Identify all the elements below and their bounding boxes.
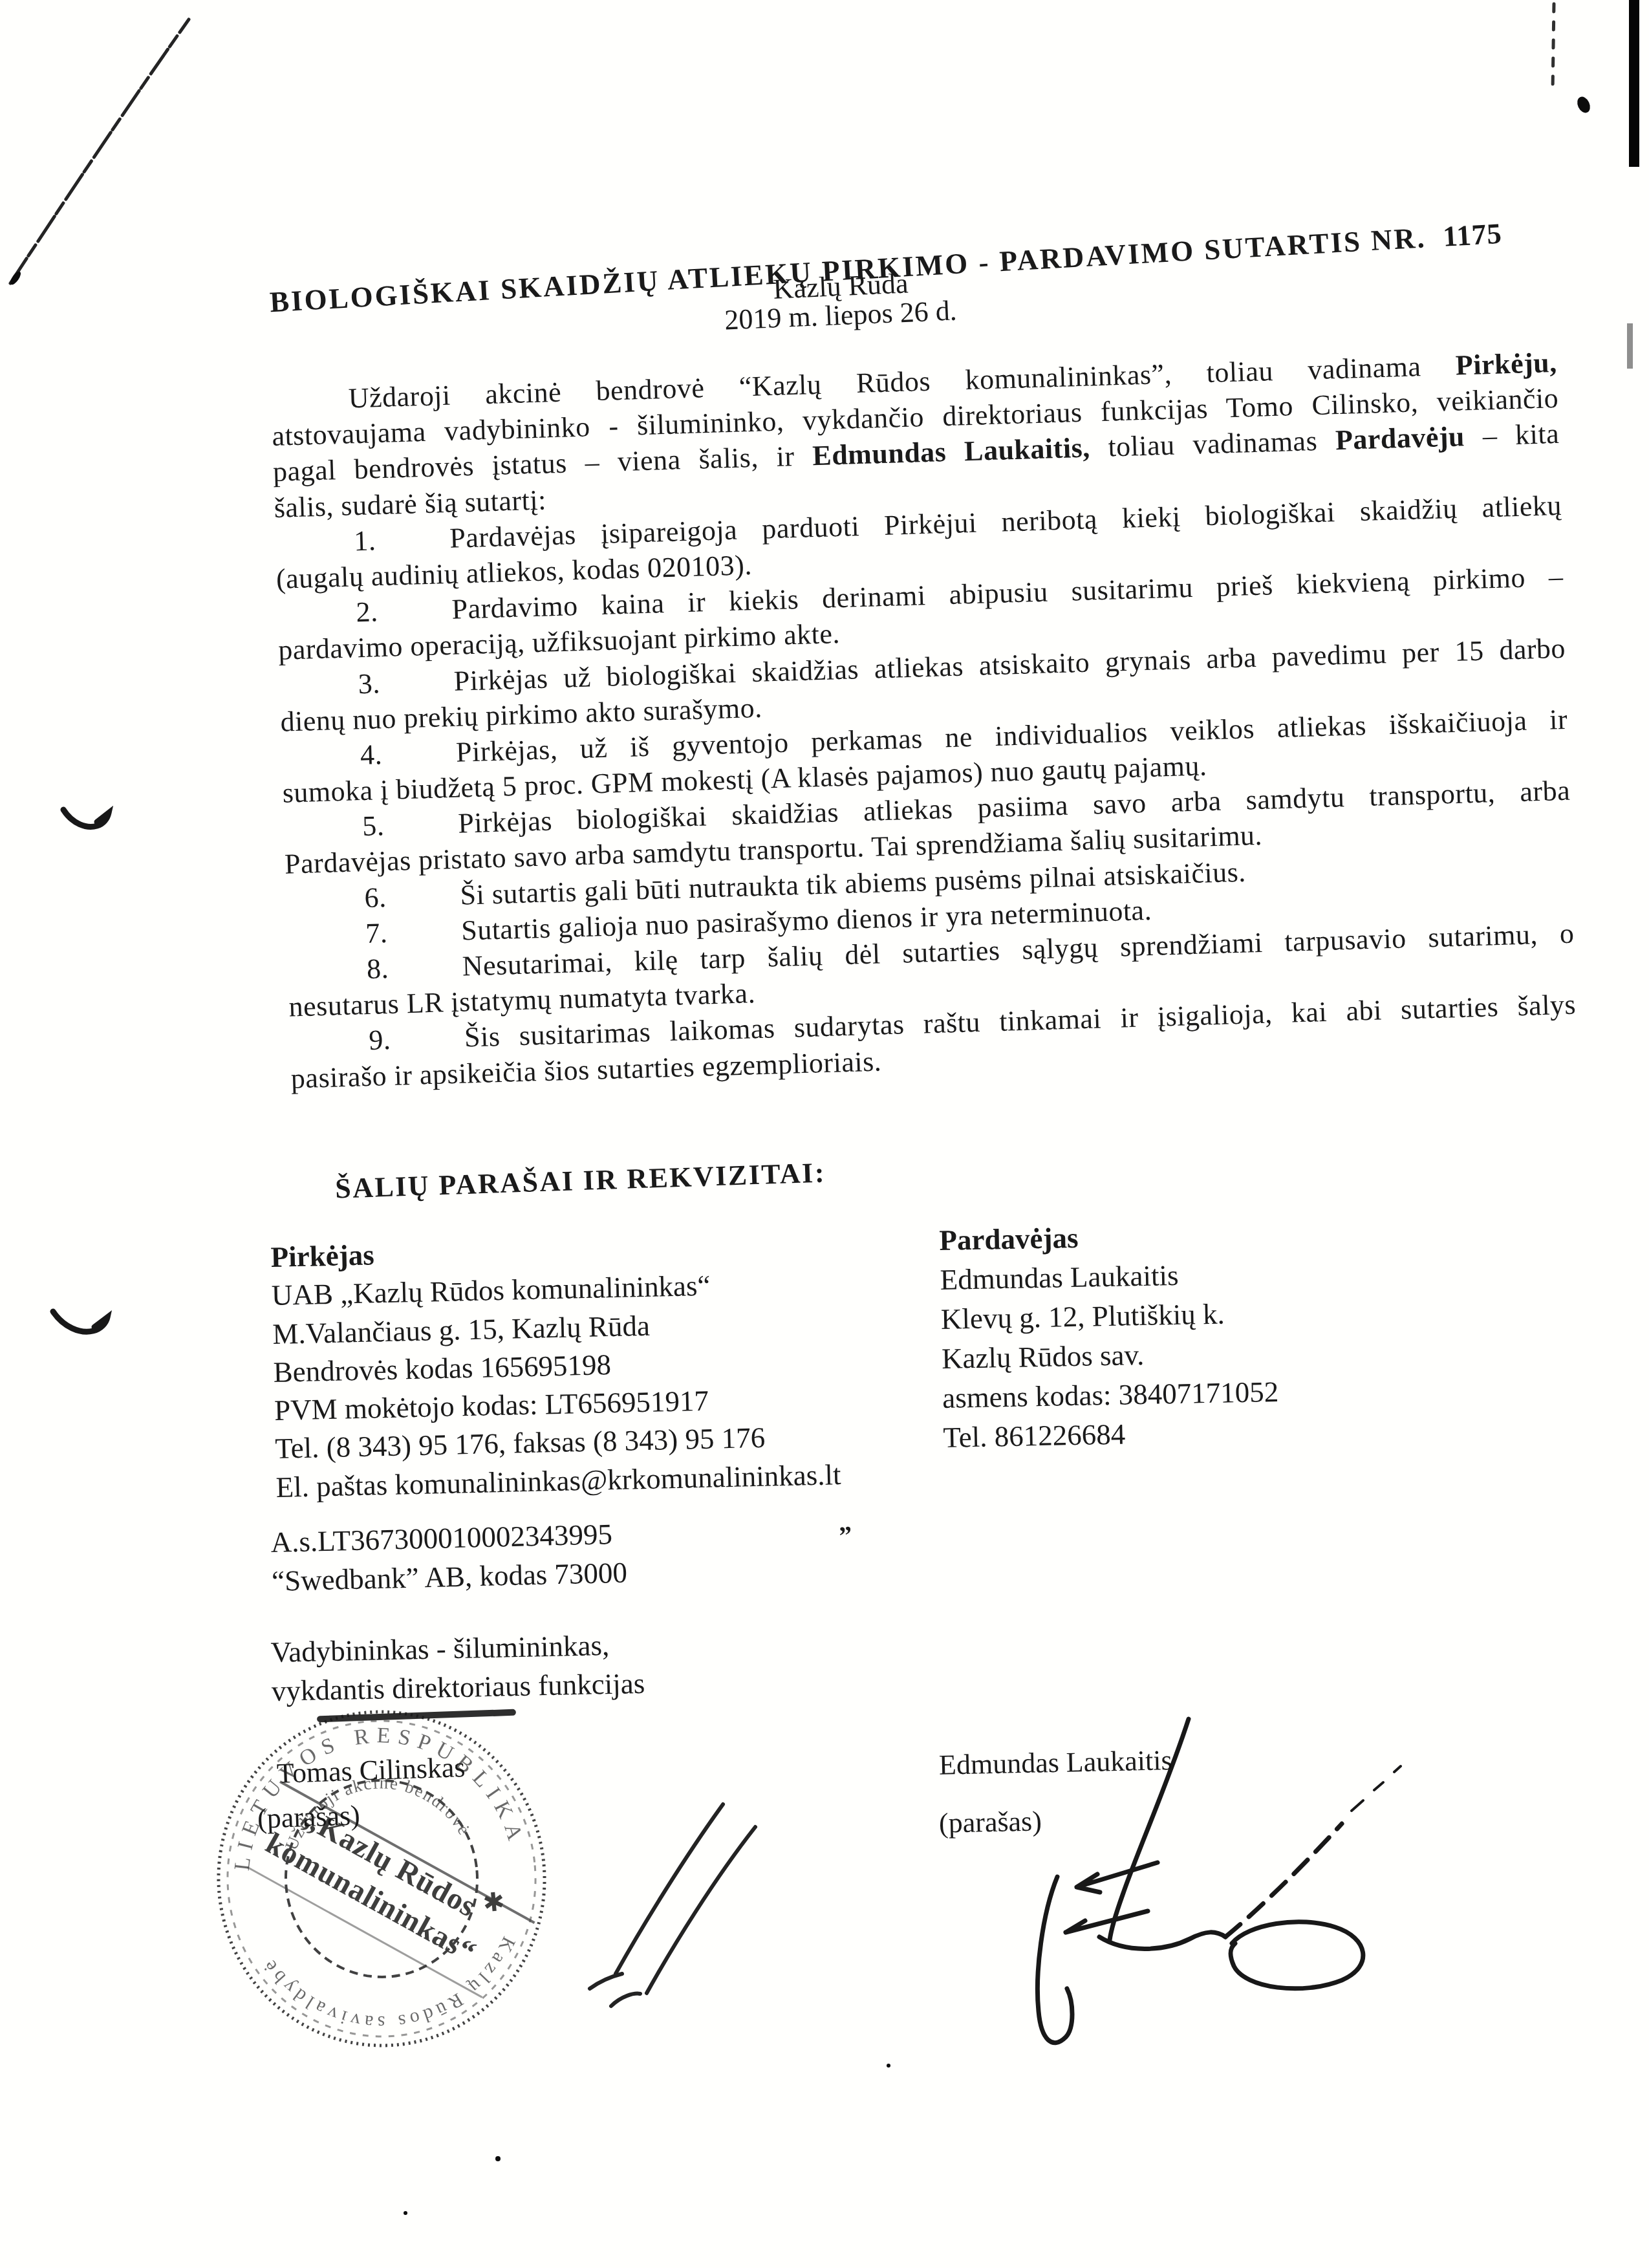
ink-blob xyxy=(1575,94,1592,114)
seller-term-bold: Pardavėju xyxy=(1335,421,1465,457)
clause-number: 1. xyxy=(353,521,450,559)
scan-edge-bar xyxy=(1629,0,1639,167)
scan-speck xyxy=(495,2156,501,2161)
clause-number: 9. xyxy=(368,1020,465,1059)
buyer-term-bold: Pirkėju, xyxy=(1455,347,1557,382)
clause-number: 8. xyxy=(366,949,463,988)
bank-details: A.s.LT367300010002343995 “Swedbank” AB, … xyxy=(270,1515,628,1601)
stamp-middle-ring xyxy=(215,1708,549,2049)
clause-number: 3. xyxy=(358,663,455,702)
stamp-ring-bottom-text: Kazlų Rūdos savivaldybė xyxy=(256,1932,526,2044)
seller-signatory-name: Edmundas Laukaitis xyxy=(939,1744,1172,1782)
scan-speck xyxy=(887,2064,890,2068)
signatory-role: Vadybininkas - šilumininkas, vykdantis d… xyxy=(270,1625,645,1711)
clause-number: 2. xyxy=(356,592,453,631)
bank-name: “Swedbank” AB, kodas 73000 xyxy=(271,1553,627,1601)
contract-number: 1175 xyxy=(1442,217,1503,253)
contract-body: Uždaroji akcinė bendrovė “Kazlų Rūdos ko… xyxy=(270,345,1578,1096)
signatures-section-header: ŠALIŲ PARAŠAI IR REKVIZITAI: xyxy=(334,1156,826,1205)
seller-label: Pardavėjas xyxy=(939,1215,1276,1260)
scan-crease xyxy=(10,19,189,283)
seller-details: Pardavėjas Edmundas Laukaitis Klevų g. 1… xyxy=(939,1215,1280,1458)
fold-line xyxy=(1553,4,1554,92)
scanned-contract-page: BIOLOGIŠKAI SKAIDŽIŲ ATLIEKŲ PIRKIMO - P… xyxy=(0,0,1649,2268)
stray-quote-mark: „ xyxy=(837,1506,853,1538)
official-stamp: LIETUVOS RESPUBLIKA Kazlų Rūdos savivald… xyxy=(196,1692,568,2066)
scan-crease-blob xyxy=(8,270,23,286)
clause-number: 5. xyxy=(362,806,459,845)
clause-number: 6. xyxy=(364,877,461,916)
seller-signature-label: (parašas) xyxy=(938,1804,1042,1839)
scan-speck xyxy=(404,2211,407,2215)
scan-edge-mark xyxy=(1627,323,1633,369)
seller-municipality: Kazlų Rūdos sav. xyxy=(942,1333,1278,1379)
seller-name: Edmundas Laukaitis xyxy=(940,1254,1277,1300)
seller-name-bold: Edmundas Laukaitis, xyxy=(812,432,1091,472)
stamp-star: ✱ xyxy=(482,1887,506,1918)
seller-phone: Tel. 861226684 xyxy=(943,1412,1280,1458)
margin-tick xyxy=(63,810,109,826)
margin-tick xyxy=(53,1312,107,1332)
buyer-details: Pirkėjas UAB „Kazlų Rūdos komunalininkas… xyxy=(270,1226,841,1507)
seller-address: Klevų g. 12, Plutiškių k. xyxy=(940,1293,1277,1339)
stamp-outer-ring xyxy=(204,1698,558,2059)
clause-number: 4. xyxy=(360,735,457,773)
clause-number: 7. xyxy=(365,913,462,951)
seller-personal-code: asmens kodas: 38407171052 xyxy=(942,1372,1279,1418)
buyer-signature xyxy=(590,1804,755,2006)
